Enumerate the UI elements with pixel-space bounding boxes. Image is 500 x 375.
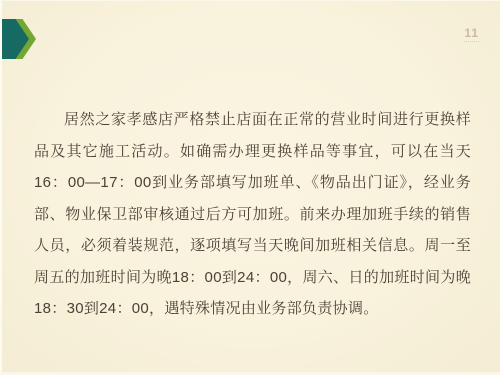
presentation-slide: 11 居然之家孝感店严格禁止店面在正常的营业时间进行更换样品及其它施工活动。如确… [0, 0, 500, 375]
page-number: 11 [464, 26, 479, 42]
body-paragraph: 居然之家孝感店严格禁止店面在正常的营业时间进行更换样品及其它施工活动。如确需办理… [34, 104, 471, 325]
chevron-right-icon [2, 19, 38, 59]
